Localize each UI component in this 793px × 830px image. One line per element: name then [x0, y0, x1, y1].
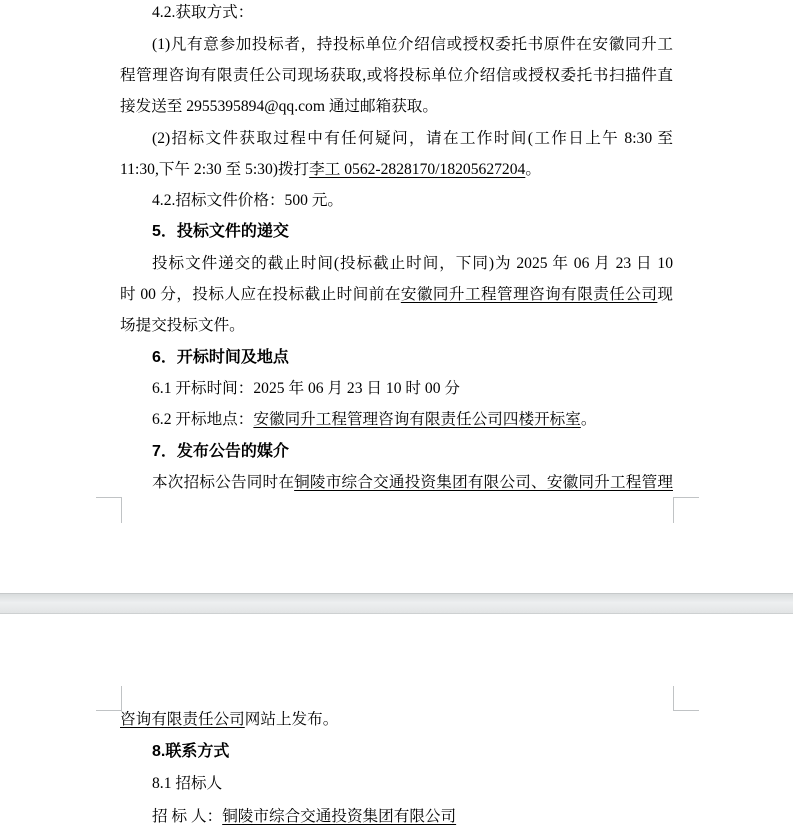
underlined-text: 铜陵市综合交通投资集团有限公司、安徽同升工程管理 [294, 474, 673, 491]
underlined-text: 李工 0562-2828170/18205627204 [309, 161, 525, 178]
text-segment: 4.2.招标文件价格：500 元。 [152, 192, 343, 209]
text-line: 8.1 招标人 [120, 768, 673, 800]
text-segment: 场提交投标文件。 [120, 317, 245, 334]
text-segment: 4.2.获取方式： [152, 4, 253, 21]
text-segment: 招 标 人： [152, 808, 222, 825]
heading-text: 5．投标文件的递交 [152, 223, 289, 240]
heading-text: 7．发布公告的媒介 [152, 443, 289, 460]
text-block-page-1: 4.2.获取方式：(1)凡有意参加投标者，持投标单位介绍信或授权委托书原件在安徽… [120, 0, 673, 498]
text-segment: 6.2 开标地点： [152, 411, 253, 428]
text-line: 6．开标时间及地点 [120, 342, 673, 373]
text-segment: 本次招标公告同时在 [152, 474, 294, 491]
underlined-text: 安徽同升工程管理咨询有限责任公司四楼开标室 [253, 411, 580, 428]
text-line: (2)招标文件获取过程中有任何疑问，请在工作时间(工作日上午 8:30 至 [120, 123, 673, 154]
text-line: 时 00 分，投标人应在投标截止时间前在安徽同升工程管理咨询有限责任公司现 [120, 279, 673, 310]
text-line: 本次招标公告同时在铜陵市综合交通投资集团有限公司、安徽同升工程管理 [120, 467, 673, 498]
word-processor-canvas: { "colors": { "page_background": "#fffff… [0, 0, 793, 830]
text-line: 5．投标文件的递交 [120, 216, 673, 247]
text-line: 8.联系方式 [120, 736, 673, 768]
text-segment: 网站上发布。 [245, 711, 339, 728]
heading-text: 8.联系方式 [152, 743, 229, 760]
text-line: 11:30,下午 2:30 至 5:30)拨打李工 0562-2828170/1… [120, 154, 673, 185]
text-segment: 8.1 招标人 [152, 775, 222, 792]
text-segment: 。 [525, 161, 541, 178]
text-line: 4.2.招标文件价格：500 元。 [120, 185, 673, 216]
text-segment: 时 00 分，投标人应在投标截止时间前在 [120, 286, 401, 303]
text-segment: (1)凡有意参加投标者，持投标单位介绍信或授权委托书原件在安徽同升工 [152, 36, 673, 53]
underlined-text: 安徽同升工程管理咨询有限责任公司 [401, 286, 658, 303]
text-line: 咨询有限责任公司网站上发布。 [120, 704, 673, 736]
text-segment: 程管理咨询有限责任公司现场获取,或将投标单位介绍信或授权委托书扫描件直 [120, 67, 673, 84]
text-line: 场提交投标文件。 [120, 310, 673, 341]
margin-mark-page2-top-right [673, 686, 699, 711]
page-separator [0, 593, 793, 614]
text-segment: 11:30,下午 2:30 至 5:30)拨打 [120, 161, 309, 178]
text-segment: 接发送至 2955395894@qq.com 通过邮箱获取。 [120, 98, 438, 115]
text-line: 7．发布公告的媒介 [120, 436, 673, 467]
margin-mark-page1-bottom-left [96, 497, 122, 523]
text-line: 接发送至 2955395894@qq.com 通过邮箱获取。 [120, 91, 673, 122]
text-line: 程管理咨询有限责任公司现场获取,或将投标单位介绍信或授权委托书扫描件直 [120, 60, 673, 91]
text-line: 6.1 开标时间：2025 年 06 月 23 日 10 时 00 分 [120, 373, 673, 404]
margin-mark-page1-bottom-right [673, 497, 699, 523]
text-segment: 投标文件递交的截止时间(投标截止时间，下同)为 2025 年 06 月 23 日… [152, 255, 673, 272]
text-line: 招 标 人：铜陵市综合交通投资集团有限公司 [120, 801, 673, 830]
underlined-text: 铜陵市综合交通投资集团有限公司 [222, 808, 456, 825]
text-block-page-2: 咨询有限责任公司网站上发布。8.联系方式8.1 招标人招 标 人：铜陵市综合交通… [120, 704, 673, 830]
margin-mark-page2-top-left [96, 686, 122, 711]
underlined-text: 咨询有限责任公司 [120, 711, 245, 728]
text-segment: (2)招标文件获取过程中有任何疑问，请在工作时间(工作日上午 8:30 至 [152, 130, 673, 147]
text-segment: 现 [657, 286, 673, 303]
text-line: (1)凡有意参加投标者，持投标单位介绍信或授权委托书原件在安徽同升工 [120, 29, 673, 60]
text-segment: 。 [581, 411, 597, 428]
text-line: 投标文件递交的截止时间(投标截止时间，下同)为 2025 年 06 月 23 日… [120, 248, 673, 279]
text-line: 4.2.获取方式： [120, 0, 673, 29]
text-line: 6.2 开标地点：安徽同升工程管理咨询有限责任公司四楼开标室。 [120, 404, 673, 435]
heading-text: 6．开标时间及地点 [152, 349, 289, 366]
text-segment: 6.1 开标时间：2025 年 06 月 23 日 10 时 00 分 [152, 380, 460, 397]
